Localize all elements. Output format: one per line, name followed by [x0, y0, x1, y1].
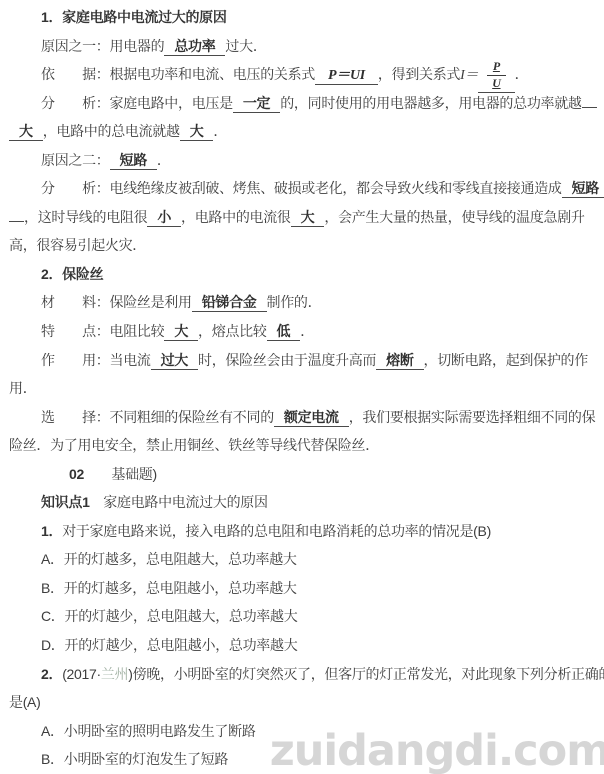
blank-answer: 过大: [151, 352, 198, 370]
text-line: B．小明卧室的灯泡发生了短路: [0, 745, 604, 774]
text-run: (2017·: [62, 666, 101, 682]
text-run: B．开的灯越多，总电阻越小，总功率越大: [41, 580, 297, 596]
text-run: 选 择：不同粗细的保险丝有不同的: [41, 409, 274, 425]
text-run: 依 据：根据电功率和电流、电压的关系式: [41, 66, 315, 82]
blank-answer: 一定: [233, 95, 280, 113]
bold-text: 知识点1: [41, 494, 90, 510]
blank-answer: 大: [9, 123, 43, 141]
text-line: 依 据：根据电功率和电流、电压的关系式P＝UI，得到关系式I＝PU．: [0, 60, 604, 89]
blank-answer: 大: [180, 123, 214, 141]
source-tag: 兰州: [101, 666, 128, 682]
text-run: 特 点：电阻比较: [41, 323, 164, 339]
text-line: 原因之一：用电器的总功率过大．: [0, 32, 604, 61]
blank-answer: 短路: [110, 152, 157, 170]
text-line: 用．: [0, 374, 604, 403]
text-line: 2．保险丝: [0, 260, 604, 289]
text-line: 知识点1 家庭电路中电流过大的原因: [0, 488, 604, 517]
text-line: 1．对于家庭电路来说，接入电路的总电阻和电路消耗的总功率的情况是(B): [0, 517, 604, 546]
bold-text: 1．家庭电路中电流过大的原因: [41, 9, 227, 25]
text-run: 原因之一：用电器的: [41, 38, 164, 54]
text-line: 特 点：电阻比较大，熔点比较低．: [0, 317, 604, 346]
text-run: 用．: [9, 380, 36, 396]
bold-text: 1．: [41, 523, 62, 539]
math-text: I＝: [460, 68, 478, 83]
text-run: 家庭电路中电流过大的原因: [90, 494, 268, 510]
text-run: ，电路中的总电流就越: [43, 123, 180, 139]
text-run: ．: [515, 66, 529, 82]
worksheet-page: zuidangdi.com 1．家庭电路中电流过大的原因原因之一：用电器的总功率…: [0, 0, 604, 774]
blank-answer: 低: [267, 323, 301, 341]
bold-text: 2．保险丝: [41, 266, 103, 282]
bold-text: 02: [69, 466, 84, 482]
text-run: 的，同时使用的用电器越多，用电器的总功率就越: [280, 95, 581, 111]
text-run: 制作的．: [267, 294, 322, 310]
text-run: ，电路中的电流很: [181, 209, 291, 225]
text-run: 对于家庭电路来说，接入电路的总电阻和电路消耗的总功率的情况是(B): [62, 523, 491, 539]
text-run: 高，很容易引起火灾．: [9, 237, 146, 253]
blank-answer: 小: [147, 209, 181, 227]
text-line: 1．家庭电路中电流过大的原因: [0, 3, 604, 32]
blank-answer: [9, 221, 24, 222]
text-run: 分 析：家庭电路中，电压是: [41, 95, 233, 111]
text-run: A．小明卧室的照明电路发生了断路: [41, 723, 256, 739]
blank-answer: 铅锑合金: [192, 294, 267, 312]
blank-answer: 短路: [562, 180, 604, 198]
math-blank-answer: P＝UI: [315, 68, 378, 85]
text-line: 是(A): [0, 688, 604, 717]
text-line: A．开的灯越多，总电阻越大，总功率越大: [0, 545, 604, 574]
text-line: 分 析：家庭电路中，电压是一定的，同时使用的用电器越多，用电器的总功率就越: [0, 89, 604, 118]
text-line: D．开的灯越少，总电阻越小，总功率越大: [0, 631, 604, 660]
fraction-blank: PU: [478, 60, 514, 93]
text-line: 02 基础题): [0, 460, 604, 489]
text-run: ．: [300, 323, 314, 339]
document-body: 1．家庭电路中电流过大的原因原因之一：用电器的总功率过大．依 据：根据电功率和电…: [0, 0, 604, 774]
text-line: ，这时导线的电阻很小，电路中的电流很大，会产生大量的热量，使导线的温度急剧升: [0, 203, 604, 232]
text-run: ．: [157, 152, 171, 168]
text-run: 险丝．为了用电安全，禁止用铜丝、铁丝等导线代替保险丝．: [9, 437, 379, 453]
text-line: 2．(2017·兰州)傍晚，小明卧室的灯突然灭了，但客厅的灯正常发光，对此现象下…: [0, 660, 604, 689]
text-line: 选 择：不同粗细的保险丝有不同的额定电流，我们要根据实际需要选择粗细不同的保: [0, 403, 604, 432]
text-line: 材 料：保险丝是利用铅锑合金制作的．: [0, 288, 604, 317]
text-run: C．开的灯越少，总电阻越大，总功率越大: [41, 608, 297, 624]
text-run: 是(A): [9, 694, 40, 710]
text-run: 原因之二：: [41, 152, 110, 168]
text-run: ，熔点比较: [198, 323, 267, 339]
text-run: 分 析：电线绝缘皮被刮破、烤焦、破损或老化，都会导致火线和零线直接接通造成: [41, 180, 562, 196]
text-run: 时，保险丝会由于温度升高而: [198, 352, 376, 368]
text-run: ．: [213, 123, 227, 139]
text-line: 高，很容易引起火灾．: [0, 231, 604, 260]
text-run: D．开的灯越少，总电阻越小，总功率越大: [41, 637, 297, 653]
blank-answer: [582, 107, 597, 108]
bold-text: 2．: [41, 666, 62, 682]
blank-answer: 额定电流: [274, 409, 349, 427]
blank-answer: 总功率: [164, 38, 225, 56]
blank-answer: 大: [291, 209, 325, 227]
text-run: 基础题): [84, 466, 157, 482]
text-run: 材 料：保险丝是利用: [41, 294, 192, 310]
text-run: )傍晚，小明卧室的灯突然灭了，但客厅的灯正常发光，对此现象下列分析正确的: [128, 666, 604, 682]
fraction-numerator: P: [487, 60, 505, 76]
text-line: 原因之二：短路．: [0, 146, 604, 175]
text-line: A．小明卧室的照明电路发生了断路: [0, 717, 604, 746]
text-run: B．小明卧室的灯泡发生了短路: [41, 751, 228, 767]
text-run: ，得到关系式: [378, 66, 460, 82]
text-run: ，我们要根据实际需要选择粗细不同的保: [349, 409, 596, 425]
text-line: C．开的灯越少，总电阻越大，总功率越大: [0, 602, 604, 631]
text-line: 大，电路中的总电流就越大．: [0, 117, 604, 146]
text-run: ，这时导线的电阻很: [24, 209, 147, 225]
text-line: 分 析：电线绝缘皮被刮破、烤焦、破损或老化，都会导致火线和零线直接接通造成短路: [0, 174, 604, 203]
text-line: B．开的灯越多，总电阻越小，总功率越大: [0, 574, 604, 603]
text-line: 险丝．为了用电安全，禁止用铜丝、铁丝等导线代替保险丝．: [0, 431, 604, 460]
text-run: ，切断电路，起到保护的作: [424, 352, 588, 368]
text-run: ，会产生大量的热量，使导线的温度急剧升: [324, 209, 584, 225]
text-run: A．开的灯越多，总电阻越大，总功率越大: [41, 551, 297, 567]
blank-answer: 熔断: [376, 352, 423, 370]
blank-answer: 大: [164, 323, 198, 341]
fraction: PU: [487, 60, 505, 91]
text-run: 过大．: [225, 38, 266, 54]
text-run: 作 用：当电流: [41, 352, 151, 368]
text-line: 作 用：当电流过大时，保险丝会由于温度升高而熔断，切断电路，起到保护的作: [0, 346, 604, 375]
